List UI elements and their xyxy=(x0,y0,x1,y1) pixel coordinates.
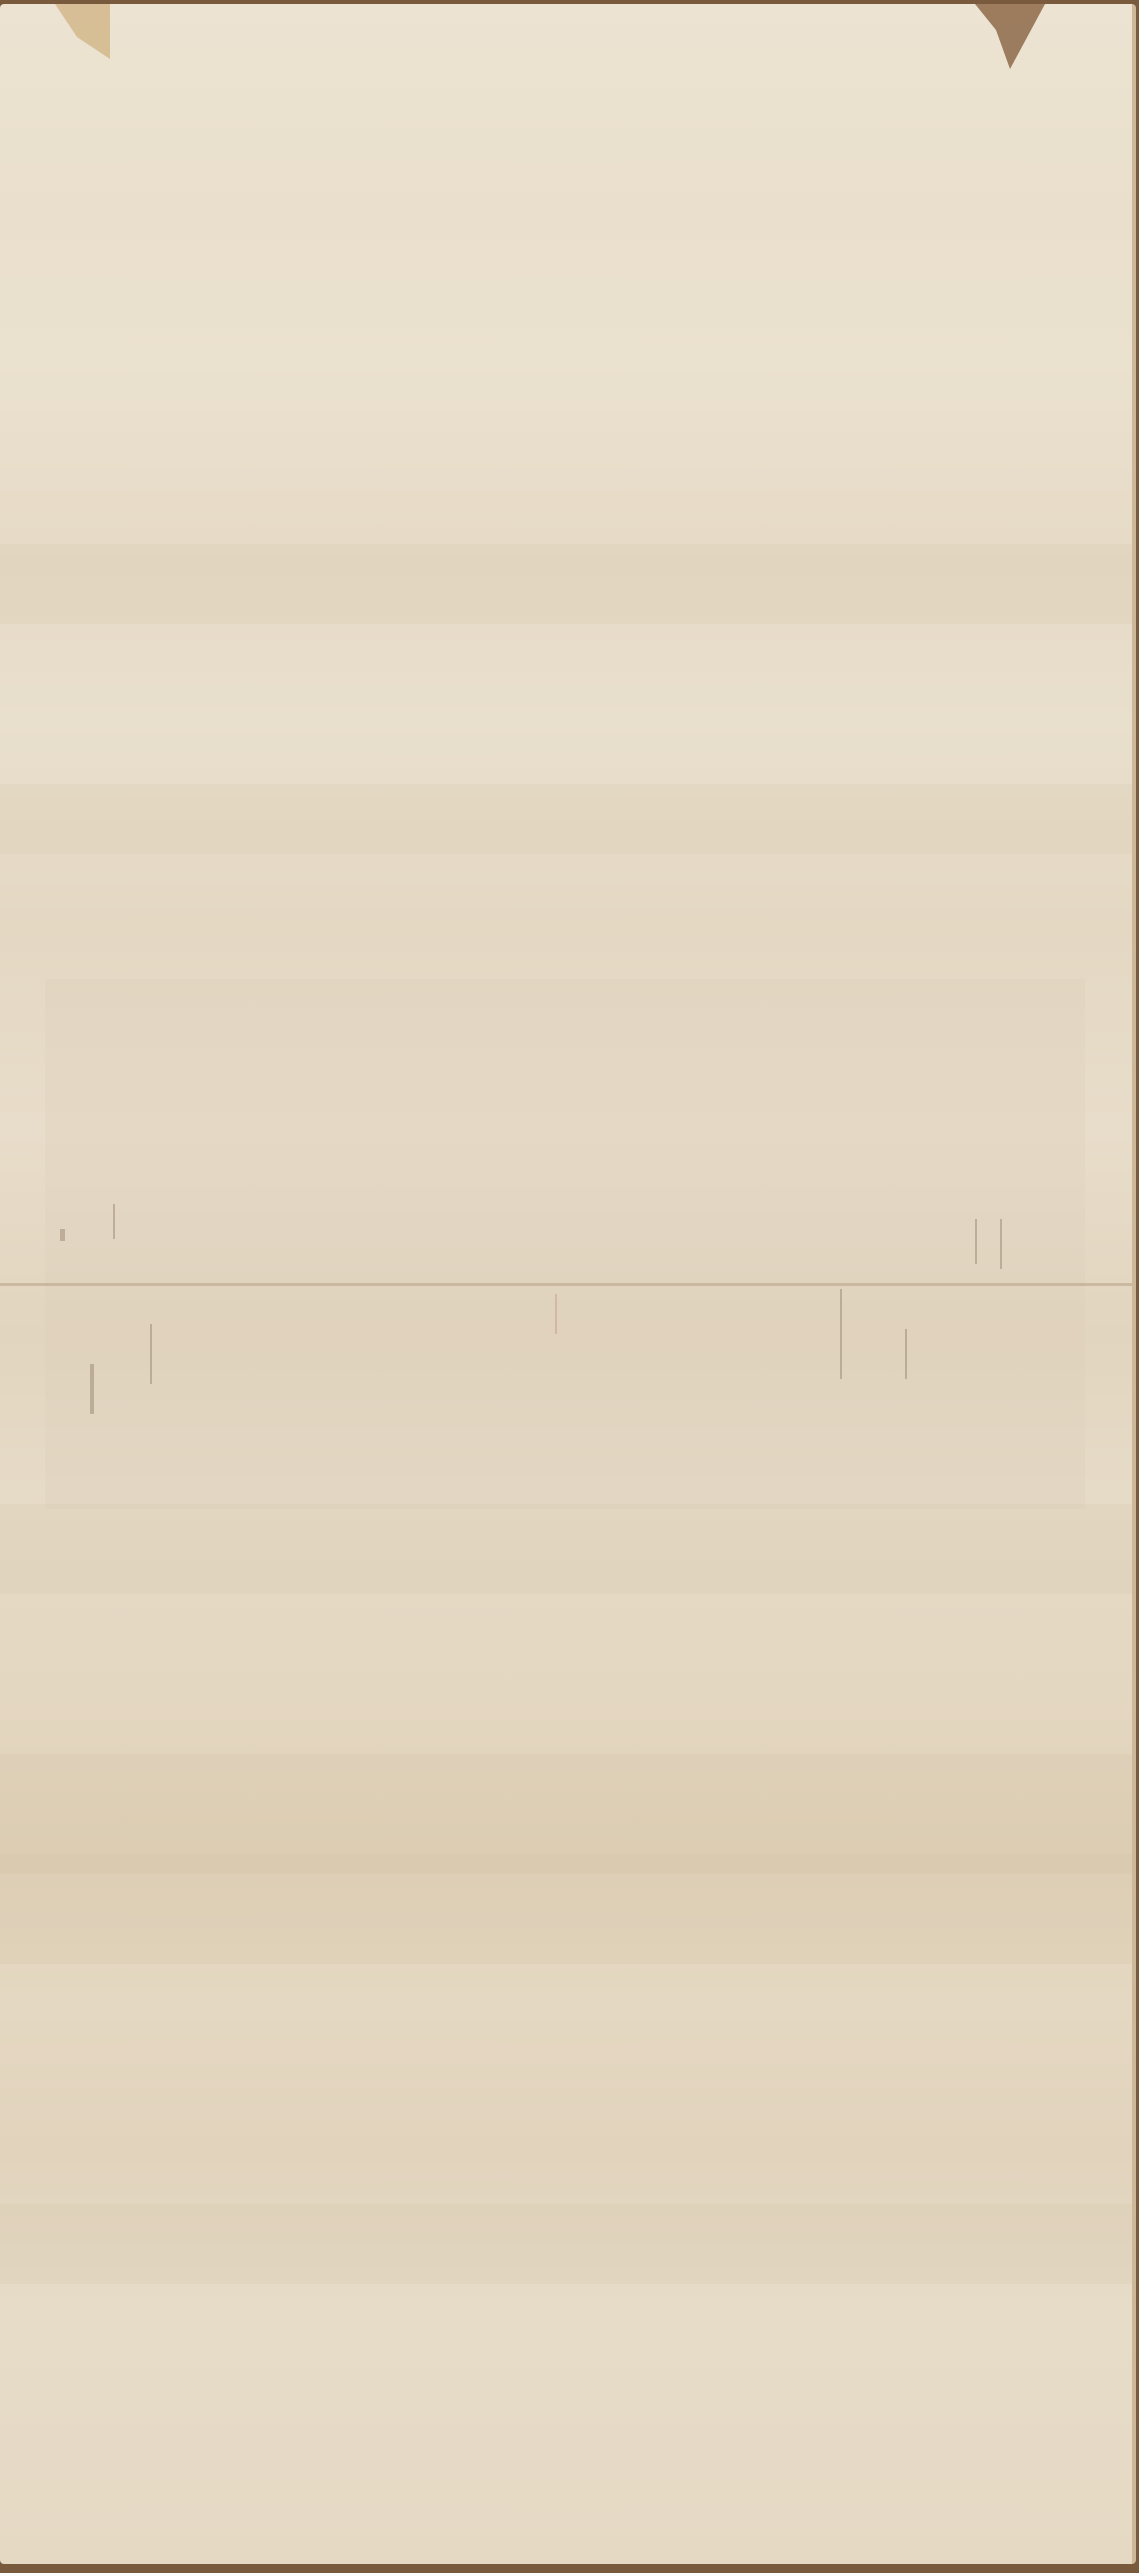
ink-mark xyxy=(150,1324,152,1384)
tape-remnant-left xyxy=(55,4,110,59)
ink-mark xyxy=(840,1289,842,1379)
ink-mark xyxy=(1000,1219,1002,1269)
fold-line xyxy=(0,1283,1132,1286)
shadow-band xyxy=(0,784,1132,854)
ink-mark xyxy=(90,1364,94,1414)
shadow-band xyxy=(0,2204,1132,2284)
ink-mark xyxy=(60,1229,65,1241)
bleed-through-region xyxy=(45,979,1085,1509)
shadow-band xyxy=(0,1854,1132,1964)
shadow-band xyxy=(0,544,1132,624)
shadow-band xyxy=(0,1504,1132,1594)
tape-remnant-right xyxy=(975,4,1045,69)
ink-mark xyxy=(975,1219,977,1264)
paper-sheet xyxy=(0,4,1136,2564)
ink-mark xyxy=(113,1204,115,1239)
ink-mark xyxy=(905,1329,907,1379)
ink-mark xyxy=(555,1294,557,1334)
